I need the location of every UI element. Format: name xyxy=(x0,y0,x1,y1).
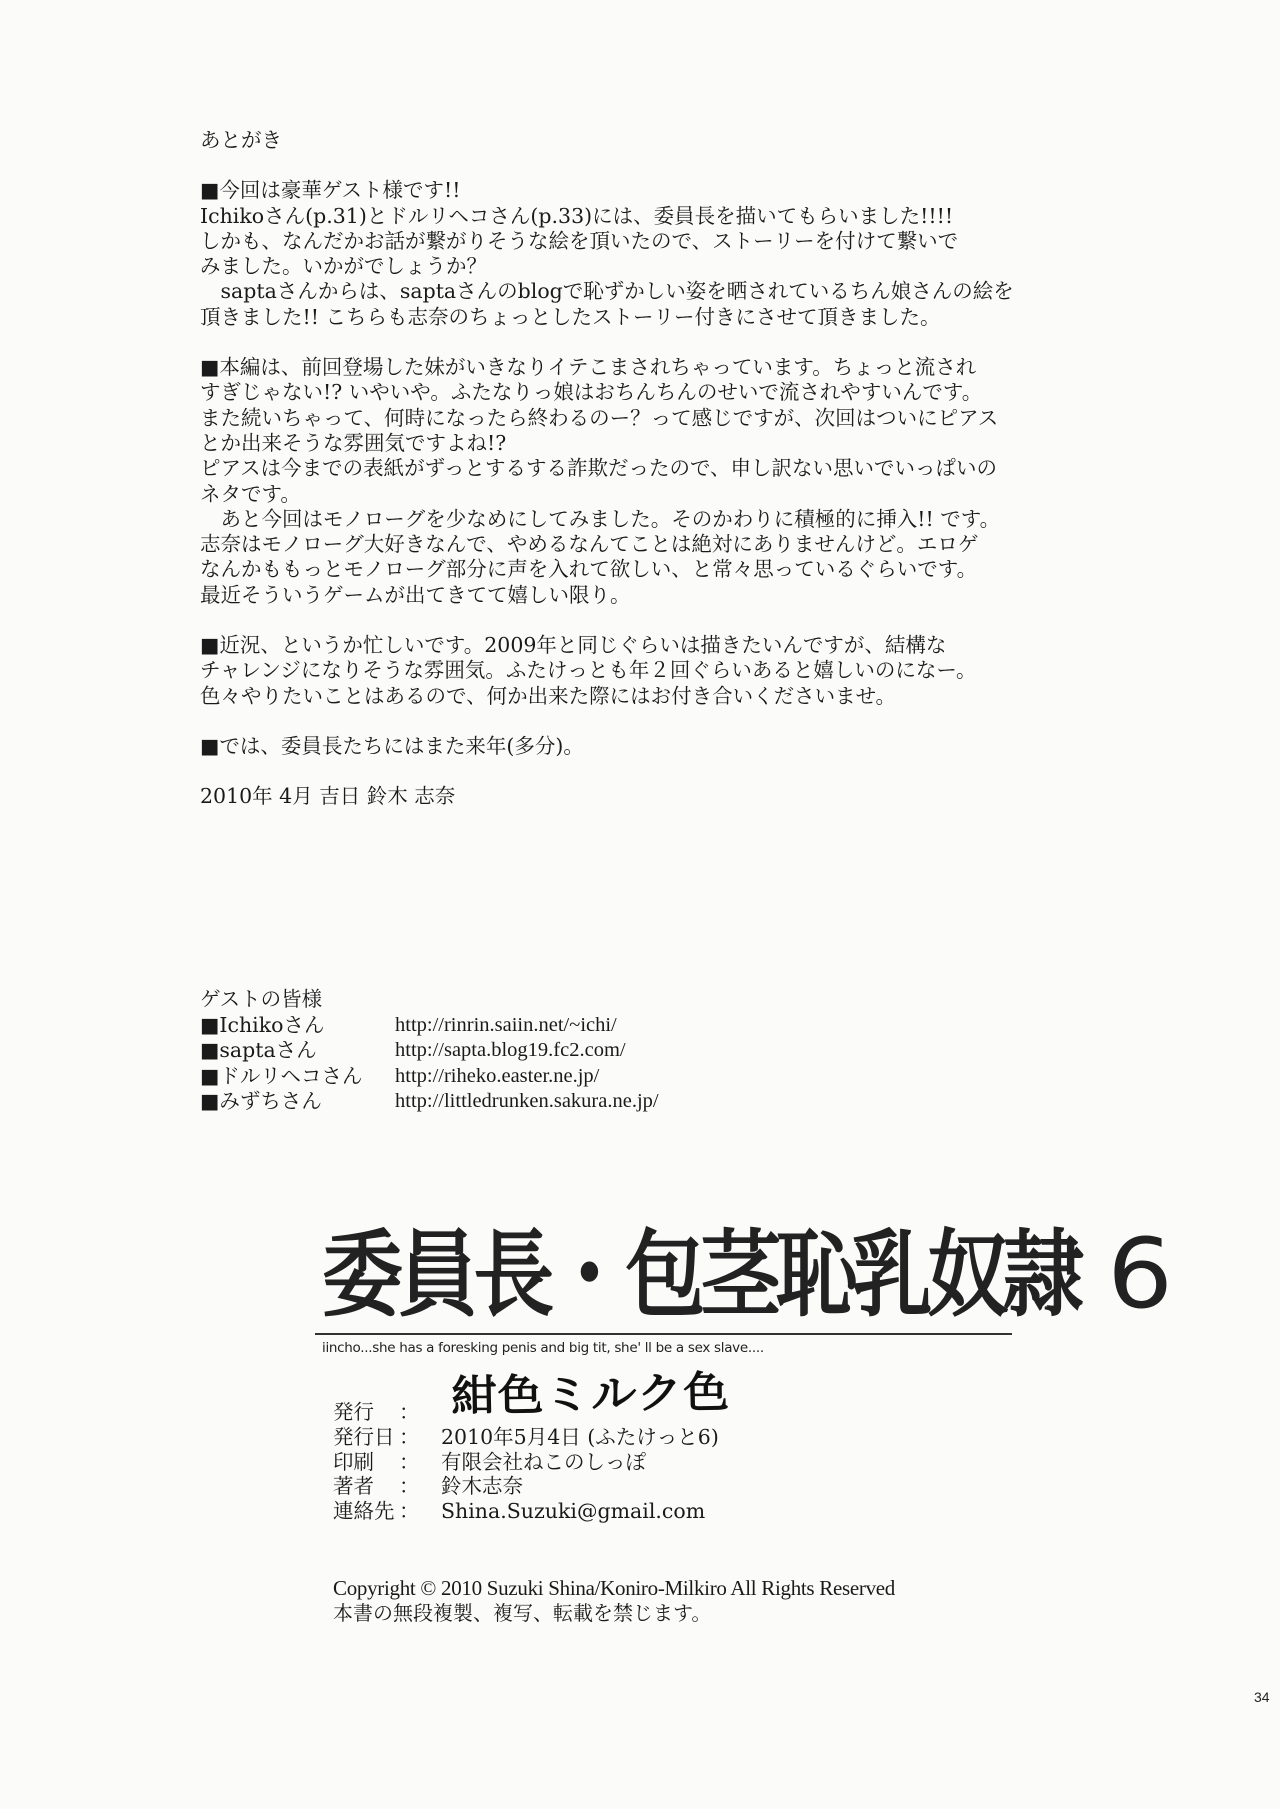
guest-list: ゲストの皆様 ■Ichikoさん http://rinrin.saiin.net… xyxy=(200,987,659,1115)
colophon-row-contact: 連絡先 ： Shina.Suzuki@gmail.com xyxy=(333,1499,719,1524)
guest-url: http://rinrin.saiin.net/~ichi/ xyxy=(395,1013,617,1039)
text-line: ■本編は、前回登場した妹がいきなりイテこまされちゃっています。ちょっと流され xyxy=(200,355,1120,380)
copyright-japanese: 本書の無段複製、複写、転載を禁じます。 xyxy=(333,1601,895,1626)
colophon-value: 2010年5月4日 (ふたけっと6) xyxy=(441,1425,719,1450)
paragraph-closing: ■では、委員長たちにはまた来年(多分)。 xyxy=(200,734,1120,759)
colophon-separator: ： xyxy=(395,1474,441,1499)
text-line: ピアスは今までの表紙がずっとするする詐欺だったので、申し訳ない思いでいっぱいの xyxy=(200,456,1120,481)
book-title: 委員長・包茎恥乳奴隷6 xyxy=(322,1222,915,1328)
book-subtitle: iincho...she has a foresking penis and b… xyxy=(322,1340,764,1356)
text-line: みました。いかがでしょうか？ xyxy=(200,254,1120,279)
book-title-text: 委員長・包茎恥乳奴隷 xyxy=(322,1221,1079,1330)
book-title-block: 委員長・包茎恥乳奴隷6 iincho...she has a foresking… xyxy=(322,1222,1012,1328)
guest-row: ■ドルリヘコさん http://riheko.easter.ne.jp/ xyxy=(200,1064,659,1090)
colophon-label: 発行 xyxy=(333,1400,395,1425)
colophon-row-printer: 印刷 ： 有限会社ねこのしっぽ xyxy=(333,1450,719,1475)
text-line: とか出来そうな雰囲気ですよね!? xyxy=(200,431,1120,456)
colophon: 発行 ： 紺色ミルク色 発行日 ： 2010年5月4日 (ふたけっと6) 印刷 … xyxy=(333,1385,719,1524)
guest-url: http://sapta.blog19.fc2.com/ xyxy=(395,1038,626,1064)
text-line: あと今回はモノローグを少なめにしてみました。そのかわりに積極的に挿入!! です。 xyxy=(200,507,1120,532)
text-line: しかも、なんだかお話が繋がりそうな絵を頂いたので、ストーリーを付けて繋いで xyxy=(200,229,1120,254)
guest-name: ■saptaさん xyxy=(200,1038,395,1064)
text-line: saptaさんからは、saptaさんのblogで恥ずかしい姿を晒されているちん娘… xyxy=(200,279,1120,304)
afterword-heading: あとがき xyxy=(200,128,1120,153)
title-divider xyxy=(315,1333,1012,1335)
guest-url: http://littledrunken.sakura.ne.jp/ xyxy=(395,1089,659,1115)
guest-list-heading: ゲストの皆様 xyxy=(200,987,659,1013)
text-line: 色々やりたいことはあるので、何か出来た際にはお付き合いくださいませ。 xyxy=(200,684,1120,709)
colophon-label: 著者 xyxy=(333,1474,395,1499)
afterword-signature: 2010年 4月 吉日 鈴木 志奈 xyxy=(200,784,1120,809)
colophon-label: 連絡先 xyxy=(333,1499,395,1524)
text-line: チャレンジになりそうな雰囲気。ふたけっとも年２回ぐらいあると嬉しいのになー。 xyxy=(200,658,1120,683)
document-page: あとがき ■今回は豪華ゲスト様です!! Ichikoさん(p.31)とドルリヘコ… xyxy=(0,0,1280,1809)
colophon-value: 有限会社ねこのしっぽ xyxy=(441,1450,646,1475)
colophon-row-publisher: 発行 ： 紺色ミルク色 xyxy=(333,1385,719,1425)
guest-row: ■みずちさん http://littledrunken.sakura.ne.jp… xyxy=(200,1089,659,1115)
text-line: ■では、委員長たちにはまた来年(多分)。 xyxy=(200,734,1120,759)
paragraph-guests: ■今回は豪華ゲスト様です!! Ichikoさん(p.31)とドルリヘコさん(p.… xyxy=(200,178,1120,330)
colophon-row-date: 発行日 ： 2010年5月4日 (ふたけっと6) xyxy=(333,1425,719,1450)
colophon-separator: ： xyxy=(395,1400,441,1425)
guest-row: ■saptaさん http://sapta.blog19.fc2.com/ xyxy=(200,1038,659,1064)
guest-name: ■みずちさん xyxy=(200,1089,395,1115)
page-number: 34 xyxy=(1254,1689,1270,1705)
contact-email: Shina.Suzuki@gmail.com xyxy=(441,1499,705,1524)
text-line: 志奈はモノローグ大好きなんで、やめるなんてことは絶対にありませんけど。エロゲ xyxy=(200,532,1120,557)
colophon-separator: ： xyxy=(395,1499,441,1524)
text-line: また続いちゃって、何時になったら終わるのー？って感じですが、次回はついにピアス xyxy=(200,406,1120,431)
colophon-label: 発行日 xyxy=(333,1425,395,1450)
text-line: すぎじゃない!? いやいや。ふたなりっ娘はおちんちんのせいで流されやすいんです。 xyxy=(200,380,1120,405)
text-line: なんかももっとモノローグ部分に声を入れて欲しい、と常々思っているぐらいです。 xyxy=(200,557,1120,582)
text-line: Ichikoさん(p.31)とドルリヘコさん(p.33)には、委員長を描いてもら… xyxy=(200,204,1120,229)
text-line: ■今回は豪華ゲスト様です!! xyxy=(200,178,1120,203)
paragraph-recent-news: ■近況、というか忙しいです。2009年と同じぐらいは描きたいんですが、結構な チ… xyxy=(200,633,1120,709)
copyright-english: Copyright © 2010 Suzuki Shina/Koniro-Mil… xyxy=(333,1576,895,1601)
paragraph-main-story: ■本編は、前回登場した妹がいきなりイテこまされちゃっています。ちょっと流され す… xyxy=(200,355,1120,608)
copyright-notice: Copyright © 2010 Suzuki Shina/Koniro-Mil… xyxy=(333,1576,895,1625)
guest-name: ■ドルリヘコさん xyxy=(200,1064,395,1090)
colophon-separator: ： xyxy=(395,1450,441,1475)
circle-logo: 紺色ミルク色 xyxy=(451,1373,731,1418)
guest-url: http://riheko.easter.ne.jp/ xyxy=(395,1064,599,1090)
colophon-row-author: 著者 ： 鈴木志奈 xyxy=(333,1474,719,1499)
guest-row: ■Ichikoさん http://rinrin.saiin.net/~ichi/ xyxy=(200,1013,659,1039)
colophon-separator: ： xyxy=(395,1425,441,1450)
text-line: ネタです。 xyxy=(200,482,1120,507)
text-line: ■近況、というか忙しいです。2009年と同じぐらいは描きたいんですが、結構な xyxy=(200,633,1120,658)
text-line: 頂きました!! こちらも志奈のちょっとしたストーリー付きにさせて頂きました。 xyxy=(200,305,1120,330)
colophon-value: 鈴木志奈 xyxy=(441,1474,523,1499)
text-line: 最近そういうゲームが出てきてて嬉しい限り。 xyxy=(200,583,1120,608)
colophon-label: 印刷 xyxy=(333,1450,395,1475)
guest-name: ■Ichikoさん xyxy=(200,1013,395,1039)
afterword-section: あとがき ■今回は豪華ゲスト様です!! Ichikoさん(p.31)とドルリヘコ… xyxy=(200,128,1120,810)
volume-number: 6 xyxy=(1107,1222,1166,1326)
